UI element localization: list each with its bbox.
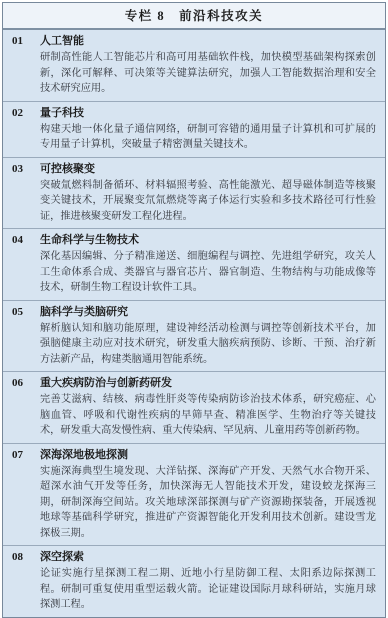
section-body: 深化基因编辑、分子精准递送、细胞编程与调控、先进组学研究，攻关人工生命体系合成、… [40,249,376,296]
section-title: 重大疾病防治与创新药研发 [40,375,376,392]
section-title: 脑科学与类脑研究 [40,304,376,321]
section-05: 05 脑科学与类脑研究 解析脑认知和脑功能原理，建设神经活动检测与调控等创新技术… [3,300,385,372]
section-title: 人工智能 [40,33,376,50]
section-number: 04 [12,232,23,249]
section-title: 深空探索 [40,549,376,566]
section-08: 08 深空探索 论证实施行星探测工程二期、近地小行星防御工程、太阳系边际探测工程… [3,545,385,600]
section-title: 深海深地极地探测 [40,447,376,464]
section-01: 01 人工智能 研制高性能人工智能芯片和高可用基础软件栈，加快模型基础架构探索创… [3,30,385,101]
section-number: 01 [12,33,23,50]
section-body: 解析脑认知和脑功能原理，建设神经活动检测与调控等创新技术平台，加强脑健康主动应对… [40,321,376,368]
section-number: 07 [12,447,23,464]
section-body: 突破氚燃料制备循环、材料辐照考验、高性能激光、超导磁体制造等核聚变关键技术，开展… [40,178,376,225]
section-body: 论证实施行星探测工程二期、近地小行星防御工程、太阳系边际探测工程。研制可重复使用… [40,566,376,600]
section-02: 02 量子科技 构建天地一体化量子通信网络，研制可容错的通用量子计算机和可扩展的… [3,101,385,157]
section-body: 实施深海典型生境发现、大洋钻探、深海矿产开发、天然气水合物开采、超深水油气开发等… [40,464,376,542]
panel-title: 专栏 8 前沿科技攻关 [3,3,385,30]
section-title: 生命科学与生物技术 [40,232,376,249]
section-03: 03 可控核聚变 突破氚燃料制备循环、材料辐照考验、高性能激光、超导磁体制造等核… [3,157,385,229]
section-number: 03 [12,161,23,178]
section-title: 量子科技 [40,105,376,122]
section-06: 06 重大疾病防治与创新药研发 完善艾滋病、结核、病毒性肝炎等传染病防诊治技术体… [3,371,385,443]
section-04: 04 生命科学与生物技术 深化基因编辑、分子精准递送、细胞编程与调控、先进组学研… [3,228,385,300]
section-title: 可控核聚变 [40,161,376,178]
section-number: 05 [12,304,23,321]
section-body: 研制高性能人工智能芯片和高可用基础软件栈，加快模型基础架构探索创新，深化可解释、… [40,50,376,97]
section-body: 构建天地一体化量子通信网络，研制可容错的通用量子计算机和可扩展的专用量子计算机，… [40,122,376,153]
section-number: 08 [12,549,23,566]
section-number: 06 [12,375,23,392]
section-07: 07 深海深地极地探测 实施深海典型生境发现、大洋钻探、深海矿产开发、天然气水合… [3,443,385,546]
section-number: 02 [12,105,23,122]
section-body: 完善艾滋病、结核、病毒性肝炎等传染病防诊治技术体系，研究癌症、心脑血管、呼吸和代… [40,392,376,439]
feature-box: 专栏 8 前沿科技攻关 01 人工智能 研制高性能人工智能芯片和高可用基础软件栈… [2,2,386,600]
